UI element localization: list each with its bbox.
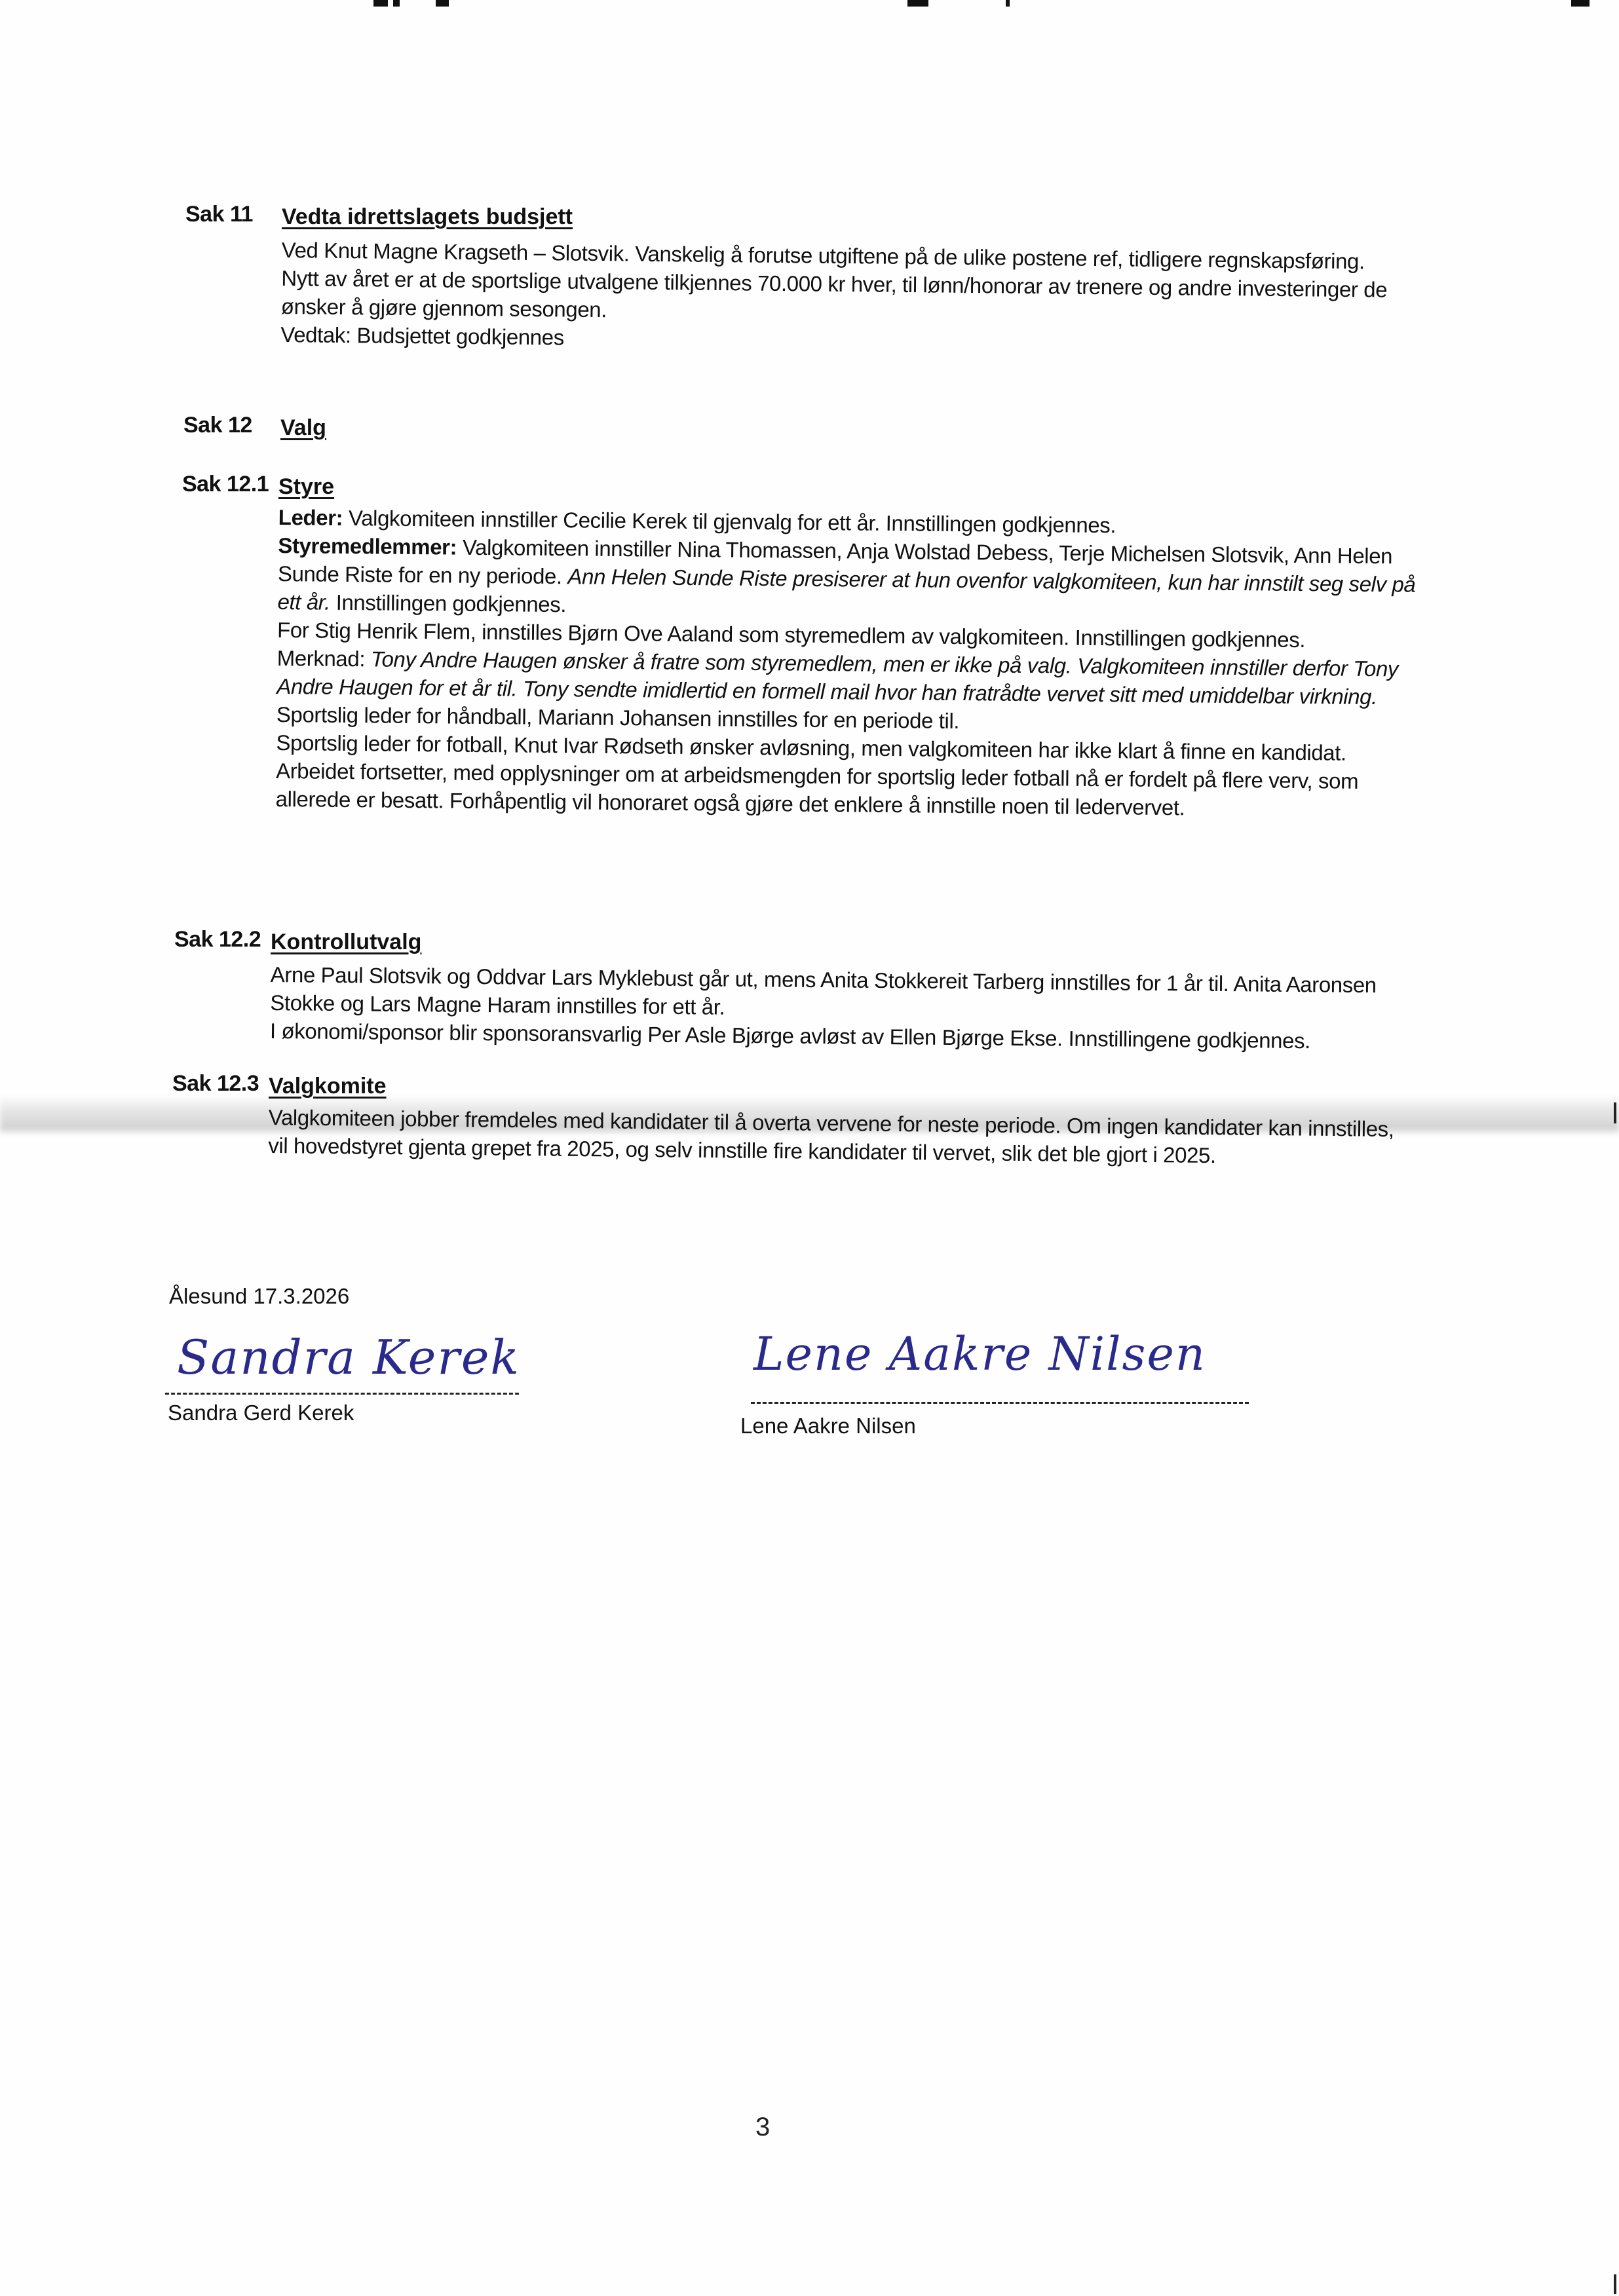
scan-edge-mark bbox=[1571, 0, 1590, 7]
styremedlemmer-tail: Innstillingen godkjennes. bbox=[336, 590, 567, 616]
section-title: Kontrollutvalg bbox=[271, 930, 421, 955]
fotball-paragraph: Sportslig leder for fotball, Knut Ivar R… bbox=[275, 728, 1416, 824]
handwritten-signature: Sandra Kerek bbox=[177, 1330, 520, 1385]
section-title: Styre bbox=[278, 474, 334, 500]
page-number: 3 bbox=[755, 2113, 770, 2142]
section-title: Vedta idrettslagets budsjett bbox=[282, 204, 573, 230]
merknad-paragraph: Merknad: Tony Andre Haugen ønsker å frat… bbox=[276, 644, 1417, 711]
section-body: Valgkomiteen jobber fremdeles med kandid… bbox=[268, 1103, 1402, 1171]
section-body: Arne Paul Slotsvik og Oddvar Lars Mykleb… bbox=[270, 960, 1384, 1055]
section-label: Sak 12 bbox=[183, 413, 252, 438]
signature-block-2: Lene Aakre Nilsen Lene Aakre Nilsen bbox=[740, 1330, 1251, 1454]
paragraph: Arne Paul Slotsvik og Oddvar Lars Mykleb… bbox=[270, 960, 1384, 1027]
paragraph: Valgkomiteen jobber fremdeles med kandid… bbox=[268, 1103, 1402, 1171]
scan-edge-mark bbox=[436, 0, 449, 7]
place-date: Ålesund 17.3.2026 bbox=[169, 1284, 349, 1309]
section-body: Leder: Valgkomiteen innstiller Cecilie K… bbox=[275, 503, 1418, 824]
leder-label: Leder: bbox=[278, 505, 343, 530]
handwritten-signature: Lene Aakre Nilsen bbox=[753, 1327, 1206, 1381]
merknad-text: Tony Andre Haugen ønsker å fratre som st… bbox=[276, 647, 1398, 709]
document-page: Sak 11 Vedta idrettslagets budsjett Ved … bbox=[0, 0, 1619, 2296]
merknad-label: Merknad: bbox=[277, 646, 366, 671]
styremedlemmer-paragraph: Styremedlemmer: Valgkomiteen innstiller … bbox=[277, 531, 1418, 627]
section-label: Sak 12.3 bbox=[172, 1071, 259, 1097]
signature-line bbox=[165, 1393, 519, 1395]
signer-name: Lene Aakre Nilsen bbox=[740, 1414, 916, 1439]
section-label: Sak 12.2 bbox=[174, 927, 261, 952]
scan-edge-mark bbox=[1614, 2274, 1616, 2294]
section-title: Valgkomite bbox=[269, 1074, 387, 1099]
paragraph: Ved Knut Magne Kragseth – Slotsvik. Vans… bbox=[281, 236, 1396, 332]
section-label: Sak 11 bbox=[185, 202, 253, 227]
signer-name: Sandra Gerd Kerek bbox=[168, 1401, 354, 1425]
signature-block-1: Sandra Kerek Sandra Gerd Kerek bbox=[165, 1330, 532, 1435]
scan-edge-mark bbox=[1614, 1102, 1616, 1123]
scan-edge-mark bbox=[907, 0, 928, 7]
scan-edge-mark bbox=[373, 0, 388, 7]
section-label: Sak 12.1 bbox=[182, 472, 269, 497]
scan-edge-mark bbox=[393, 0, 400, 7]
signature-line bbox=[751, 1402, 1249, 1404]
styremedlemmer-label: Styremedlemmer: bbox=[278, 533, 457, 559]
section-body: Ved Knut Magne Kragseth – Slotsvik. Vans… bbox=[280, 236, 1396, 360]
scan-edge-mark bbox=[1006, 0, 1010, 7]
section-title: Valg bbox=[280, 415, 326, 441]
